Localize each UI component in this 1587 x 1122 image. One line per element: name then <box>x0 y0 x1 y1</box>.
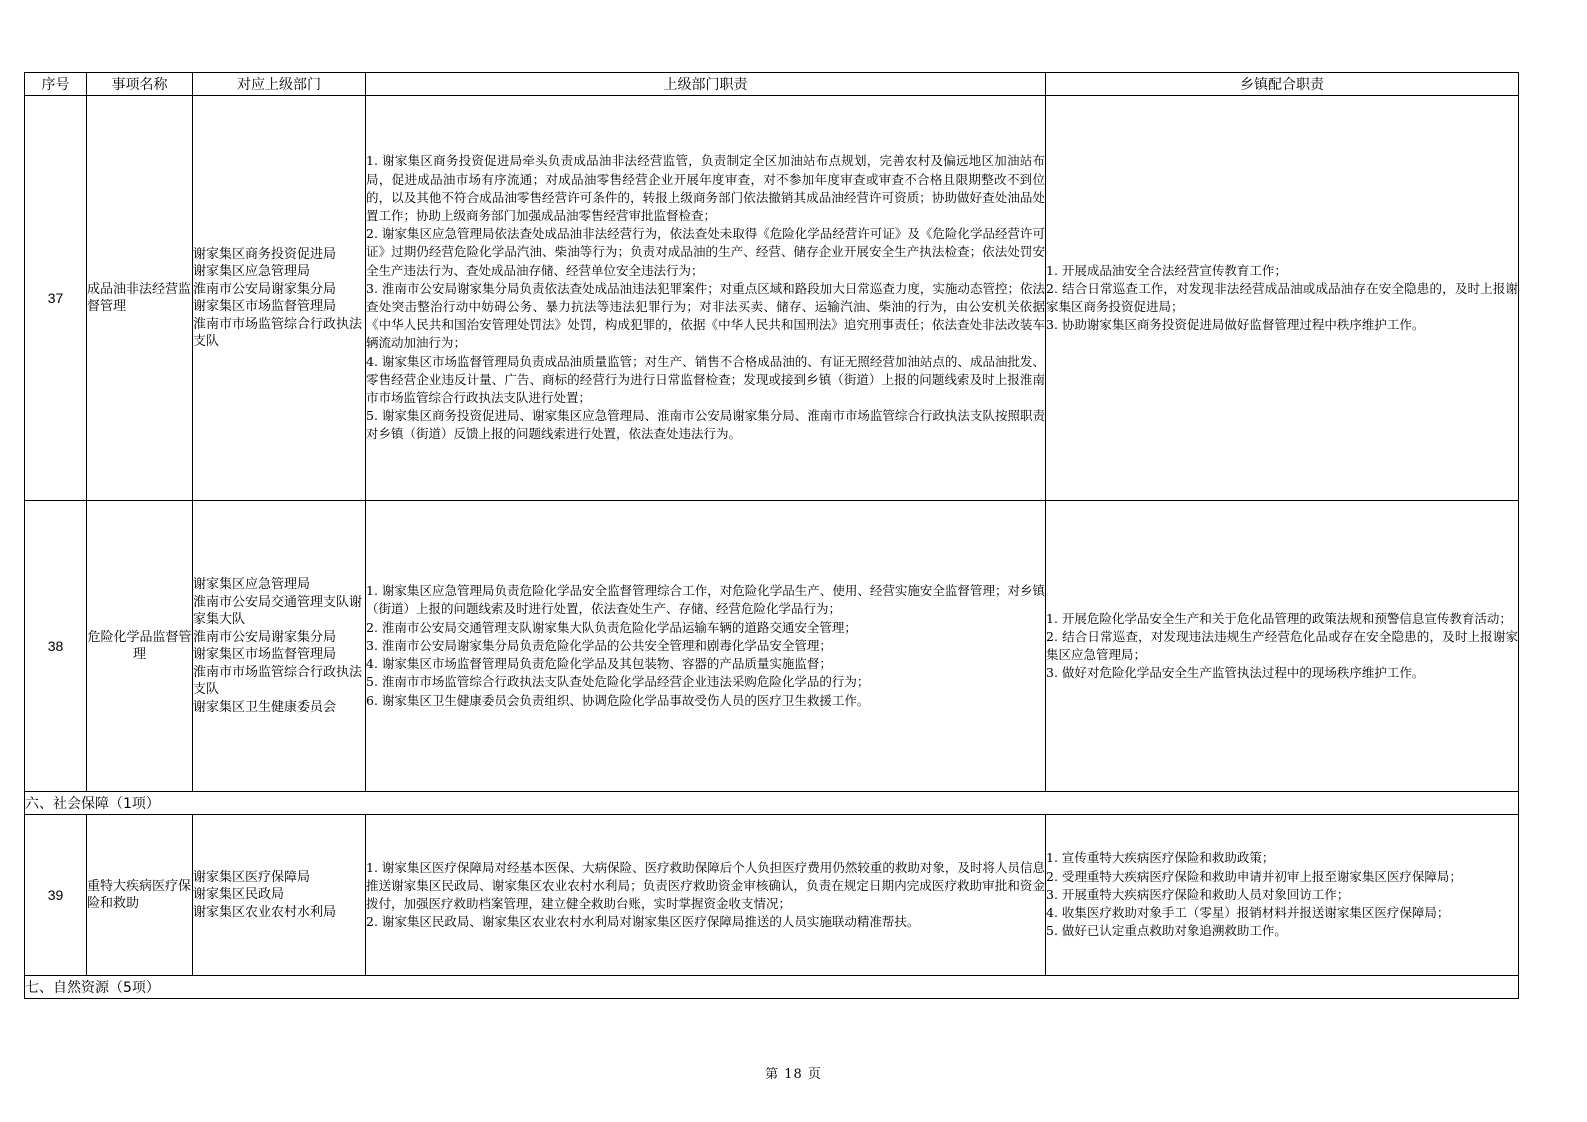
township-duties: 1. 开展成品油安全合法经营宣传教育工作； 2. 结合日常巡查工作，对发现非法经… <box>1046 96 1519 501</box>
duty-item: 1. 开展成品油安全合法经营宣传教育工作； <box>1046 262 1518 280</box>
section-heading: 七、自然资源（5项） <box>25 976 1519 999</box>
duty-item: 4. 收集医疗救助对象手工（零星）报销材料并报送谢家集区医疗保障局； <box>1046 904 1518 922</box>
duty-item: 2. 结合日常巡查工作，对发现非法经营成品油或成品油存在安全隐患的，及时上报谢家… <box>1046 280 1518 316</box>
dept-line: 谢家集区卫生健康委员会 <box>193 699 365 717</box>
township-duties: 1. 开展危险化学品安全生产和关于危化品管理的政策法规和预警信息宣传教育活动； … <box>1046 501 1519 792</box>
township-duties: 1. 宣传重特大疾病医疗保险和救助政策； 2. 受理重特大疾病医疗保险和救助申请… <box>1046 815 1519 976</box>
item-name: 重特大疾病医疗保险和救助 <box>87 815 193 976</box>
duty-item: 6. 谢家集区卫生健康委员会负责组织、协调危险化学品事故受伤人员的医疗卫生救援工… <box>366 692 1045 710</box>
superior-depts: 谢家集区医疗保障局 谢家集区民政局 谢家集区农业农村水利局 <box>193 815 366 976</box>
dept-line: 谢家集区市场监督管理局 <box>193 646 365 664</box>
duty-item: 2. 结合日常巡查，对发现违法违规生产经营危化品或存在安全隐患的，及时上报谢家集… <box>1046 628 1518 664</box>
item-name: 成品油非法经营监督管理 <box>87 96 193 501</box>
duty-item: 3. 做好对危险化学品安全生产监管执法过程中的现场秩序维护工作。 <box>1046 664 1518 682</box>
row-number: 39 <box>25 815 87 976</box>
duty-table: 序号 事项名称 对应上级部门 上级部门职责 乡镇配合职责 37 成品油非法经营监… <box>24 72 1519 999</box>
duty-item: 2. 受理重特大疾病医疗保险和救助申请并初审上报至谢家集区医疗保障局； <box>1046 868 1518 886</box>
dept-line: 谢家集区应急管理局 <box>193 576 365 594</box>
duty-item: 3. 淮南市公安局谢家集分局负责危险化学品的公共安全管理和剧毒化学品安全管理； <box>366 637 1045 655</box>
superior-duties: 1. 谢家集区商务投资促进局牵头负责成品油非法经营监管，负责制定全区加油站布点规… <box>366 96 1046 501</box>
header-superior-dept: 对应上级部门 <box>193 73 366 96</box>
duty-item: 3. 淮南市公安局谢家集分局负责依法查处成品油违法犯罪案件；对重点区域和路段加大… <box>366 280 1045 353</box>
duty-item: 1. 开展危险化学品安全生产和关于危化品管理的政策法规和预警信息宣传教育活动； <box>1046 610 1518 628</box>
duty-item: 1. 谢家集区商务投资促进局牵头负责成品油非法经营监管，负责制定全区加油站布点规… <box>366 152 1045 225</box>
row-number: 38 <box>25 501 87 792</box>
header-item-name: 事项名称 <box>87 73 193 96</box>
dept-line: 淮南市市场监管综合行政执法支队 <box>193 316 365 351</box>
section-row: 六、社会保障（1项） <box>25 792 1519 815</box>
duty-item: 5. 做好已认定重点救助对象追溯救助工作。 <box>1046 922 1518 940</box>
duty-item: 1. 谢家集区医疗保障局对经基本医保、大病保险、医疗救助保障后个人负担医疗费用仍… <box>366 859 1045 914</box>
page-number: 第 18 页 <box>0 1063 1587 1082</box>
dept-line: 谢家集区医疗保障局 <box>193 869 365 887</box>
dept-line: 谢家集区商务投资促进局 <box>193 246 365 264</box>
duty-item: 1. 谢家集区应急管理局负责危险化学品安全监督管理综合工作，对危险化学品生产、使… <box>366 582 1045 618</box>
dept-line: 淮南市市场监管综合行政执法支队 <box>193 664 365 699</box>
dept-line: 淮南市公安局谢家集分局 <box>193 281 365 299</box>
duty-item: 2. 谢家集区应急管理局依法查处成品油非法经营行为，依法查处未取得《危险化学品经… <box>366 225 1045 280</box>
item-name: 危险化学品监督管理 <box>87 501 193 792</box>
dept-line: 谢家集区应急管理局 <box>193 263 365 281</box>
superior-duties: 1. 谢家集区应急管理局负责危险化学品安全监督管理综合工作，对危险化学品生产、使… <box>366 501 1046 792</box>
dept-line: 淮南市公安局谢家集分局 <box>193 629 365 647</box>
section-heading: 六、社会保障（1项） <box>25 792 1519 815</box>
superior-duties: 1. 谢家集区医疗保障局对经基本医保、大病保险、医疗救助保障后个人负担医疗费用仍… <box>366 815 1046 976</box>
duty-item: 4. 谢家集区市场监督管理局负责成品油质量监管；对生产、销售不合格成品油的、有证… <box>366 353 1045 408</box>
duty-item: 1. 宣传重特大疾病医疗保险和救助政策； <box>1046 849 1518 867</box>
superior-depts: 谢家集区应急管理局 淮南市公安局交通管理支队谢家集大队 淮南市公安局谢家集分局 … <box>193 501 366 792</box>
duty-item: 3. 协助谢家集区商务投资促进局做好监督管理过程中秩序维护工作。 <box>1046 316 1518 334</box>
table-row: 39 重特大疾病医疗保险和救助 谢家集区医疗保障局 谢家集区民政局 谢家集区农业… <box>25 815 1519 976</box>
row-number: 37 <box>25 96 87 501</box>
dept-line: 谢家集区市场监督管理局 <box>193 298 365 316</box>
duty-item: 5. 谢家集区商务投资促进局、谢家集区应急管理局、淮南市公安局谢家集分局、淮南市… <box>366 407 1045 443</box>
header-superior-duties: 上级部门职责 <box>366 73 1046 96</box>
dept-line: 谢家集区农业农村水利局 <box>193 904 365 922</box>
dept-line: 淮南市公安局交通管理支队谢家集大队 <box>193 594 365 629</box>
duty-item: 3. 开展重特大疾病医疗保险和救助人员对象回访工作； <box>1046 886 1518 904</box>
header-township-duties: 乡镇配合职责 <box>1046 73 1519 96</box>
table-row: 37 成品油非法经营监督管理 谢家集区商务投资促进局 谢家集区应急管理局 淮南市… <box>25 96 1519 501</box>
table-row: 38 危险化学品监督管理 谢家集区应急管理局 淮南市公安局交通管理支队谢家集大队… <box>25 501 1519 792</box>
header-no: 序号 <box>25 73 87 96</box>
duty-item: 2. 淮南市公安局交通管理支队谢家集大队负责危险化学品运输车辆的道路交通安全管理… <box>366 619 1045 637</box>
dept-line: 谢家集区民政局 <box>193 886 365 904</box>
duty-item: 2. 谢家集区民政局、谢家集区农业农村水利局对谢家集区医疗保障局推送的人员实施联… <box>366 913 1045 931</box>
header-row: 序号 事项名称 对应上级部门 上级部门职责 乡镇配合职责 <box>25 73 1519 96</box>
duty-item: 4. 谢家集区市场监督管理局负责危险化学品及其包装物、容器的产品质量实施监督； <box>366 655 1045 673</box>
superior-depts: 谢家集区商务投资促进局 谢家集区应急管理局 淮南市公安局谢家集分局 谢家集区市场… <box>193 96 366 501</box>
duty-item: 5. 淮南市市场监管综合行政执法支队查处危险化学品经营企业违法采购危险化学品的行… <box>366 673 1045 691</box>
section-row: 七、自然资源（5项） <box>25 976 1519 999</box>
